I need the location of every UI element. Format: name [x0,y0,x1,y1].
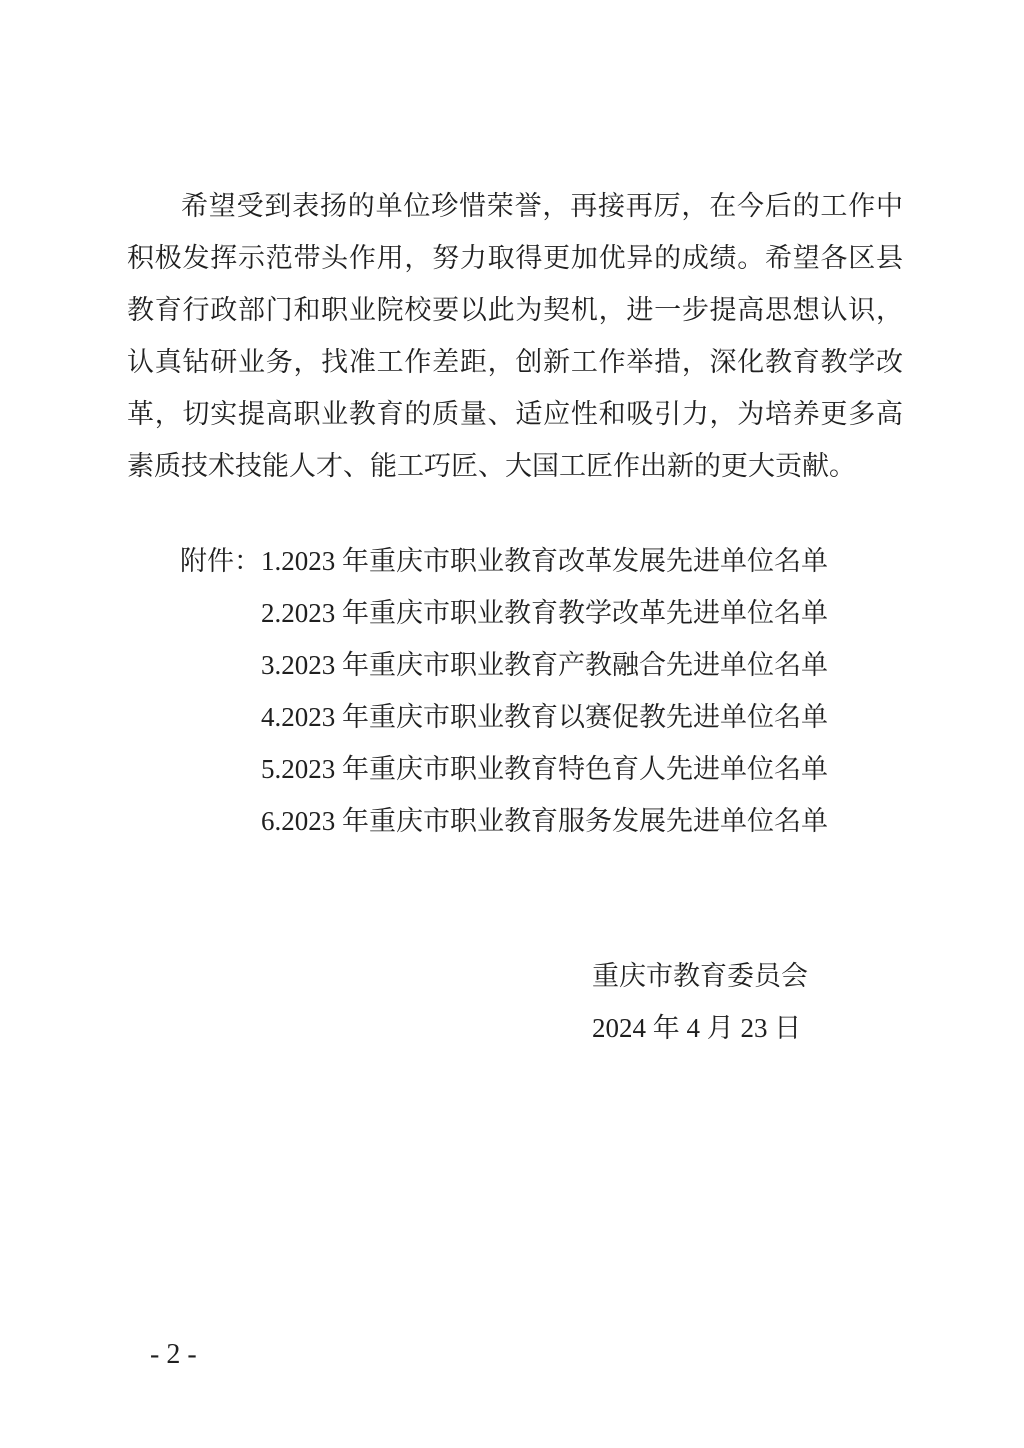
attachment-item: 2.2023 年重庆市职业教育教学改革先进单位名单 [261,587,903,639]
paragraph-line: 教育行政部门和职业院校要以此为契机，进一步提高思想认识， [127,284,903,336]
attachment-item: 6.2023 年重庆市职业教育服务发展先进单位名单 [261,795,903,847]
signature-block: 重庆市教育委员会 2024 年 4 月 23 日 [592,950,808,1054]
paragraph-line: 认真钻研业务，找准工作差距，创新工作举措，深化教育教学改 [127,336,903,388]
document-page: 希望受到表扬的单位珍惜荣誉，再接再厉，在今后的工作中积极发挥示范带头作用，努力取… [0,0,1024,1448]
paragraph-line: 积极发挥示范带头作用，努力取得更加优异的成绩。希望各区县 [127,232,903,284]
page-footer: - 2 - [122,1301,197,1409]
body-paragraph: 希望受到表扬的单位珍惜荣誉，再接再厉，在今后的工作中积极发挥示范带头作用，努力取… [127,180,903,492]
issue-date: 2024 年 4 月 23 日 [592,1002,808,1054]
attachment-item: 3.2023 年重庆市职业教育产教融合先进单位名单 [261,639,903,691]
page-number: - 2 - [150,1339,197,1370]
attachment-item: 5.2023 年重庆市职业教育特色育人先进单位名单 [261,743,903,795]
attachments-label: 附件： [127,535,261,587]
paragraph-line: 革，切实提高职业教育的质量、适应性和吸引力，为培养更多高 [127,388,903,440]
paragraph-line: 希望受到表扬的单位珍惜荣誉，再接再厉，在今后的工作中 [127,180,903,232]
paragraph-line: 素质技术技能人才、能工巧匠、大国工匠作出新的更大贡献。 [127,440,903,492]
attachments-section: 附件： 1.2023 年重庆市职业教育改革发展先进单位名单2.2023 年重庆市… [127,535,903,847]
attachment-item: 1.2023 年重庆市职业教育改革发展先进单位名单 [261,535,903,587]
attachment-list: 1.2023 年重庆市职业教育改革发展先进单位名单2.2023 年重庆市职业教育… [261,535,903,847]
attachment-item: 4.2023 年重庆市职业教育以赛促教先进单位名单 [261,691,903,743]
issuer-name: 重庆市教育委员会 [592,950,808,1002]
